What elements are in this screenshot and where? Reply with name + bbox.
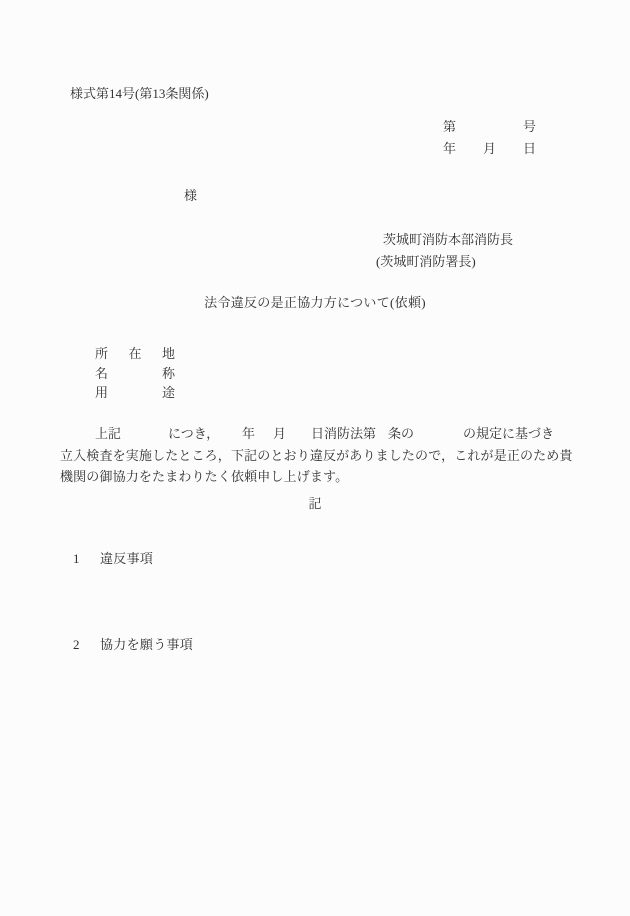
name-char-2: 称 bbox=[162, 366, 175, 381]
document-number-line: 第 号 bbox=[443, 119, 536, 134]
date-day-label: 日 bbox=[523, 141, 536, 156]
date-year-label: 年 bbox=[443, 141, 456, 156]
location-char-1: 所 bbox=[95, 346, 108, 361]
form-style-number: 様式第14号(第13条関係) bbox=[70, 86, 209, 101]
body-paragraph-line-1: 上記 につき， 年 月 日消防法第 条の の規定に基づき bbox=[0, 426, 630, 441]
body-l1-article: 条の bbox=[388, 426, 414, 441]
date-month-label: 月 bbox=[483, 141, 496, 156]
body-paragraph-line-3: 機関の御協力をたまわりたく依頼申し上げます。 bbox=[60, 469, 348, 484]
doc-number-suffix: 号 bbox=[523, 119, 536, 134]
sender-fire-station-chief-line: (茨城町消防署長) bbox=[376, 254, 476, 269]
sender-fire-chief-line: 茨城町消防本部消防長 bbox=[383, 232, 513, 247]
body-l1-month: 月 bbox=[273, 426, 286, 441]
use-char-1: 用 bbox=[95, 385, 108, 400]
body-l1-joki: 上記 bbox=[95, 426, 121, 441]
item-1-number: 1 bbox=[73, 551, 80, 566]
location-char-3: 地 bbox=[162, 346, 175, 361]
body-l1-year: 年 bbox=[242, 426, 255, 441]
item-2-label: 協力を願う事項 bbox=[100, 637, 193, 652]
record-marker: 記 bbox=[0, 496, 630, 511]
scanned-form-page: 様式第14号(第13条関係) 第 号 年 月 日 様 茨城町消防本部消防長 (茨… bbox=[0, 0, 630, 916]
body-l1-provision: の規定に基づき bbox=[463, 426, 554, 441]
field-label-location: 所 在 地 bbox=[95, 346, 175, 361]
field-label-use: 用 途 bbox=[95, 385, 175, 400]
body-paragraph-line-2: 立入検査を実施したところ，下記のとおり違反がありましたので，これが是正のため貴 bbox=[60, 448, 573, 463]
body-l1-nitsuki: につき， bbox=[168, 426, 219, 441]
item-2-number: 2 bbox=[73, 637, 80, 652]
doc-number-prefix: 第 bbox=[443, 119, 456, 134]
location-char-2: 在 bbox=[128, 346, 141, 361]
body-l1-day-firelaw: 日消防法第 bbox=[311, 426, 376, 441]
item-1-label: 違反事項 bbox=[100, 551, 153, 566]
addressee-honorific: 様 bbox=[184, 188, 197, 203]
date-line: 年 月 日 bbox=[443, 141, 536, 156]
document-title: 法令違反の是正協力方について(依頼) bbox=[0, 295, 630, 310]
name-char-1: 名 bbox=[95, 366, 108, 381]
use-char-2: 途 bbox=[162, 385, 175, 400]
field-label-name: 名 称 bbox=[95, 366, 175, 381]
